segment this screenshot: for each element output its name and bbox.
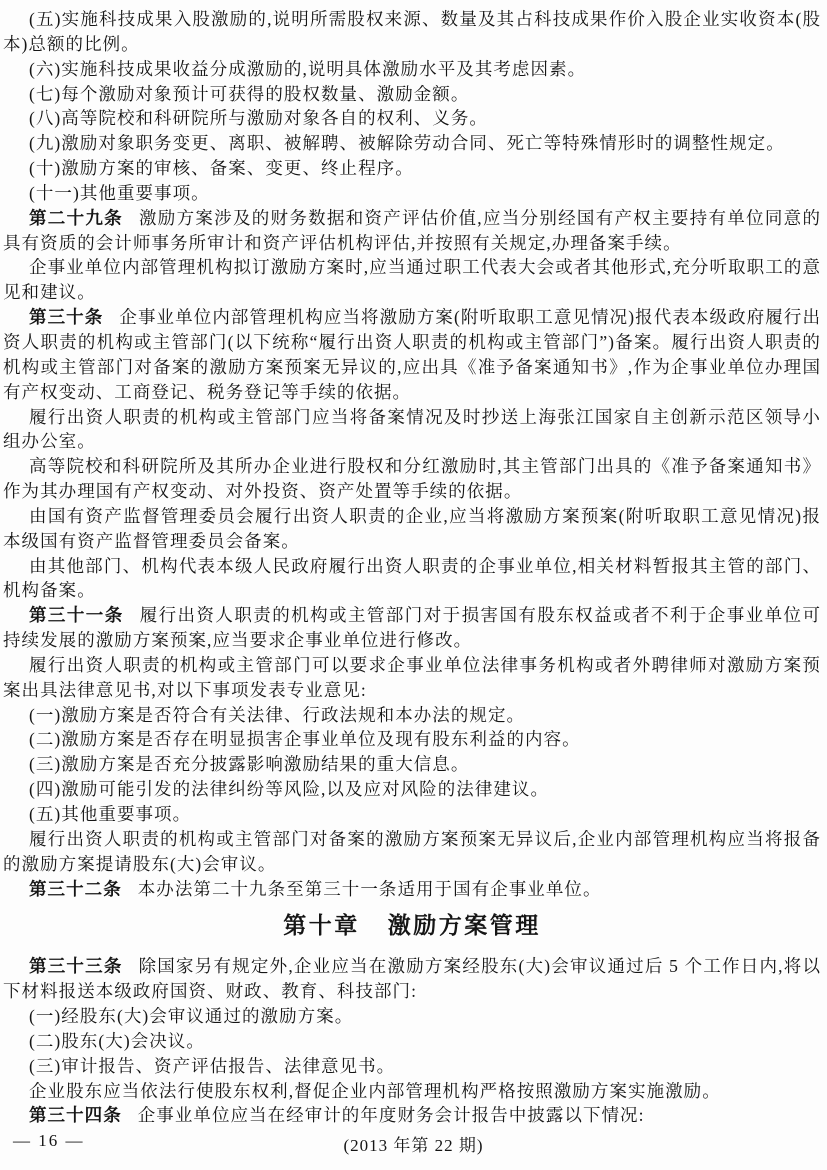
page-number: — 16 — bbox=[13, 1131, 85, 1151]
page-footer: — 16 — (2013 年第 22 期) bbox=[0, 1131, 827, 1156]
paragraph-text: 履行出资人职责的机构或主管部门可以要求企事业单位法律事务机构或者外聘律师对激励方… bbox=[3, 655, 821, 700]
paragraph-text: (五)其他重要事项。 bbox=[29, 804, 191, 824]
paragraph-text: 企业股东应当依法行使股东权利,督促企业内部管理机构严格按照激励方案实施激励。 bbox=[29, 1081, 721, 1101]
paragraph-text: 激励方案涉及的财务数据和资产评估价值,应当分别经国有产权主要持有单位同意的具有资… bbox=[3, 208, 821, 253]
paragraph-text: (一)经股东(大)会审议通过的激励方案。 bbox=[29, 1006, 353, 1026]
paragraph: (五)其他重要事项。 bbox=[3, 802, 821, 827]
paragraph-text: (七)每个激励对象预计可获得的股权数量、激励金额。 bbox=[29, 84, 469, 104]
article-number: 第二十九条 bbox=[29, 208, 123, 228]
document-page: (五)实施科技成果入股激励的,说明所需股权来源、数量及其占科技成果作价入股企业实… bbox=[0, 0, 827, 1170]
paragraph-text: (二)激励方案是否存在明显损害企事业单位及现有股东利益的内容。 bbox=[29, 729, 581, 749]
paragraph: (六)实施科技成果收益分成激励的,说明具体激励水平及其考虑因素。 bbox=[3, 57, 821, 82]
paragraph-text: 企事业单位应当在经审计的年度财务会计报告中披露以下情况: bbox=[138, 1105, 645, 1125]
article-paragraph: 第三十一条履行出资人职责的机构或主管部门对于损害国有股东权益或者不利于企事业单位… bbox=[3, 603, 821, 653]
paragraph-text: (九)激励对象职务变更、离职、被解聘、被解除劳动合同、死亡等特殊情形时的调整性规… bbox=[29, 133, 785, 153]
paragraph-text: 高等院校和科研院所及其所办企业进行股权和分红激励时,其主管部门出具的《准予备案通… bbox=[3, 456, 821, 501]
paragraph-text: (二)股东(大)会决议。 bbox=[29, 1031, 205, 1051]
paragraph-text: (一)激励方案是否符合有关法律、行政法规和本办法的规定。 bbox=[29, 705, 525, 725]
paragraph-text: (十一)其他重要事项。 bbox=[29, 183, 210, 203]
paragraph-text: 除国家另有规定外,企业应当在激励方案经股东(大)会审议通过后 5 个工作日内,将… bbox=[3, 956, 821, 1001]
paragraph-text: (四)激励可能引发的法律纠纷等风险,以及应对风险的法律建议。 bbox=[29, 779, 549, 799]
paragraph-text: (三)激励方案是否充分披露影响激励结果的重大信息。 bbox=[29, 754, 469, 774]
paragraph: (五)实施科技成果入股激励的,说明所需股权来源、数量及其占科技成果作价入股企业实… bbox=[3, 7, 821, 57]
paragraph: (七)每个激励对象预计可获得的股权数量、激励金额。 bbox=[3, 82, 821, 107]
paragraph: (十)激励方案的审核、备案、变更、终止程序。 bbox=[3, 156, 821, 181]
article-number: 第三十四条 bbox=[29, 1105, 122, 1125]
paragraph: 企业股东应当依法行使股东权利,督促企业内部管理机构严格按照激励方案实施激励。 bbox=[3, 1079, 821, 1104]
paragraph-text: 企事业单位内部管理机构应当将激励方案(附听取职工意见情况)报代表本级政府履行出资… bbox=[3, 307, 821, 402]
paragraph-text: 企事业单位内部管理机构拟订激励方案时,应当通过职工代表大会或者其他形式,充分听取… bbox=[3, 257, 821, 302]
article-paragraph: 第三十二条本办法第二十九条至第三十一条适用于国有企事业单位。 bbox=[3, 877, 821, 902]
paragraph: (三)激励方案是否充分披露影响激励结果的重大信息。 bbox=[3, 752, 821, 777]
paragraph: (一)激励方案是否符合有关法律、行政法规和本办法的规定。 bbox=[3, 703, 821, 728]
paragraph-text: 履行出资人职责的机构或主管部门应当将备案情况及时抄送上海张江国家自主创新示范区领… bbox=[3, 407, 821, 452]
paragraph-text: (五)实施科技成果入股激励的,说明所需股权来源、数量及其占科技成果作价入股企业实… bbox=[3, 9, 821, 54]
paragraph-text: 本办法第二十九条至第三十一条适用于国有企事业单位。 bbox=[138, 879, 602, 899]
paragraph: 高等院校和科研院所及其所办企业进行股权和分红激励时,其主管部门出具的《准予备案通… bbox=[3, 454, 821, 504]
chapter-heading: 第十章激励方案管理 bbox=[3, 911, 821, 941]
paragraph: 履行出资人职责的机构或主管部门应当将备案情况及时抄送上海张江国家自主创新示范区领… bbox=[3, 405, 821, 455]
paragraph: (一)经股东(大)会审议通过的激励方案。 bbox=[3, 1004, 821, 1029]
article-paragraph: 第三十条企事业单位内部管理机构应当将激励方案(附听取职工意见情况)报代表本级政府… bbox=[3, 305, 821, 404]
issue-label: (2013 年第 22 期) bbox=[343, 1136, 483, 1155]
paragraph-text: (三)审计报告、资产评估报告、法律意见书。 bbox=[29, 1056, 395, 1076]
chapter-title: 激励方案管理 bbox=[388, 913, 541, 938]
paragraph: (四)激励可能引发的法律纠纷等风险,以及应对风险的法律建议。 bbox=[3, 777, 821, 802]
paragraph: (二)股东(大)会决议。 bbox=[3, 1029, 821, 1054]
paragraph: 由国有资产监督管理委员会履行出资人职责的企业,应当将激励方案预案(附听取职工意见… bbox=[3, 504, 821, 554]
paragraph-text: (十)激励方案的审核、备案、变更、终止程序。 bbox=[29, 158, 414, 178]
article-number: 第三十三条 bbox=[29, 956, 123, 976]
document-content: (五)实施科技成果入股激励的,说明所需股权来源、数量及其占科技成果作价入股企业实… bbox=[0, 0, 827, 1128]
paragraph: 由其他部门、机构代表本级人民政府履行出资人职责的企事业单位,相关材料暂报其主管的… bbox=[3, 554, 821, 604]
paragraph-text: 由其他部门、机构代表本级人民政府履行出资人职责的企事业单位,相关材料暂报其主管的… bbox=[3, 556, 821, 601]
article-number: 第三十二条 bbox=[29, 879, 122, 899]
paragraph: (八)高等院校和科研院所与激励对象各自的权利、义务。 bbox=[3, 106, 821, 131]
paragraph-text: (八)高等院校和科研院所与激励对象各自的权利、义务。 bbox=[29, 108, 488, 128]
chapter-number: 第十章 bbox=[283, 913, 360, 938]
article-number: 第三十条 bbox=[29, 307, 103, 327]
paragraph-text: 履行出资人职责的机构或主管部门对于损害国有股东权益或者不利于企事业单位可持续发展… bbox=[3, 605, 821, 650]
article-paragraph: 第三十四条企事业单位应当在经审计的年度财务会计报告中披露以下情况: bbox=[3, 1103, 821, 1128]
paragraph: (九)激励对象职务变更、离职、被解聘、被解除劳动合同、死亡等特殊情形时的调整性规… bbox=[3, 131, 821, 156]
paragraph: 企事业单位内部管理机构拟订激励方案时,应当通过职工代表大会或者其他形式,充分听取… bbox=[3, 255, 821, 305]
paragraph-text: 履行出资人职责的机构或主管部门对备案的激励方案预案无异议后,企业内部管理机构应当… bbox=[3, 829, 821, 874]
article-number: 第三十一条 bbox=[29, 605, 124, 625]
paragraph-text: 由国有资产监督管理委员会履行出资人职责的企业,应当将激励方案预案(附听取职工意见… bbox=[3, 506, 821, 551]
paragraph-text: (六)实施科技成果收益分成激励的,说明具体激励水平及其考虑因素。 bbox=[29, 59, 586, 79]
paragraph: (二)激励方案是否存在明显损害企事业单位及现有股东利益的内容。 bbox=[3, 727, 821, 752]
article-paragraph: 第三十三条除国家另有规定外,企业应当在激励方案经股东(大)会审议通过后 5 个工… bbox=[3, 954, 821, 1004]
article-paragraph: 第二十九条激励方案涉及的财务数据和资产评估价值,应当分别经国有产权主要持有单位同… bbox=[3, 206, 821, 256]
paragraph: (十一)其他重要事项。 bbox=[3, 181, 821, 206]
paragraph: 履行出资人职责的机构或主管部门对备案的激励方案预案无异议后,企业内部管理机构应当… bbox=[3, 827, 821, 877]
paragraph: (三)审计报告、资产评估报告、法律意见书。 bbox=[3, 1054, 821, 1079]
paragraph: 履行出资人职责的机构或主管部门可以要求企事业单位法律事务机构或者外聘律师对激励方… bbox=[3, 653, 821, 703]
